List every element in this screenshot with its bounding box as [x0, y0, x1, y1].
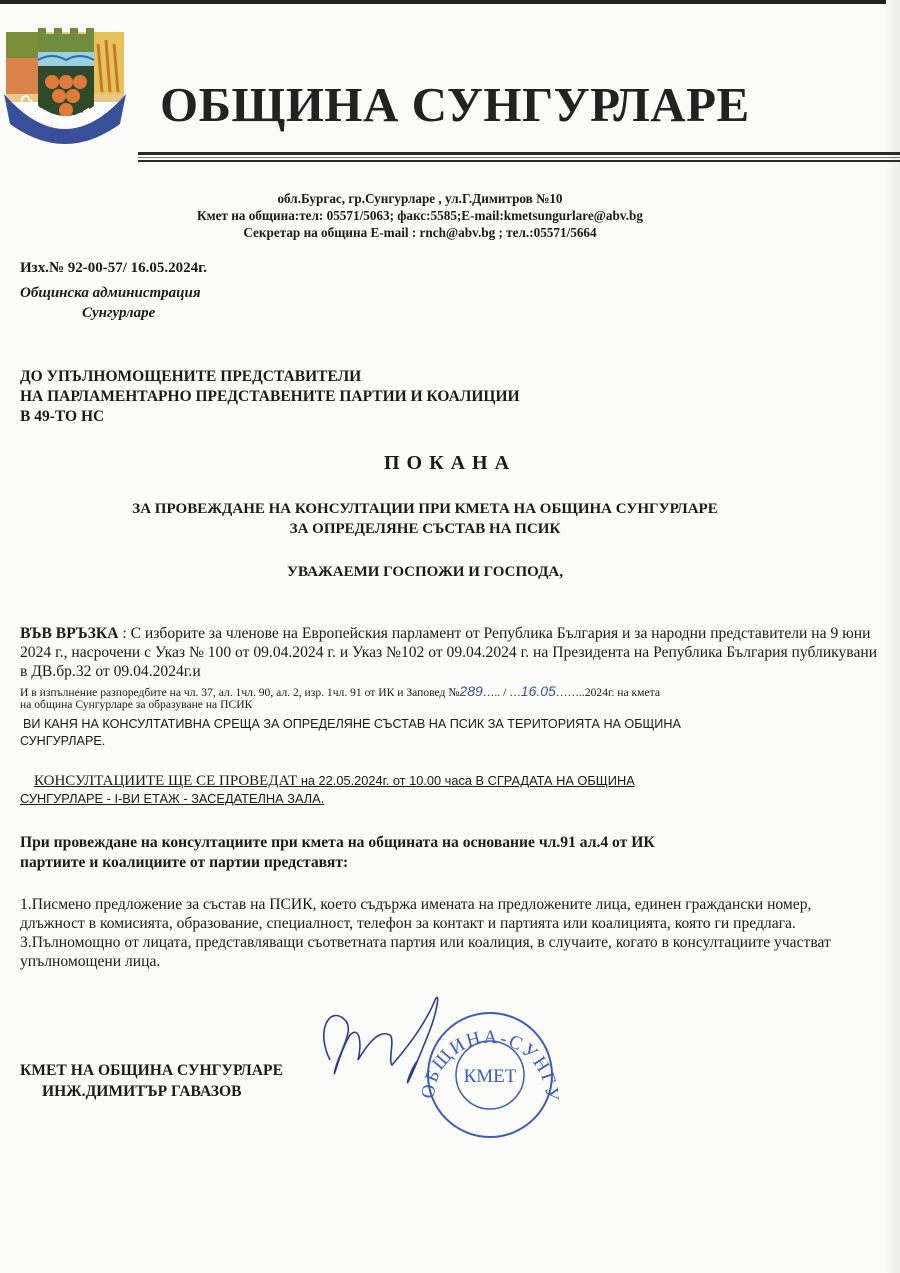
addressee-line: В 49-ТО НС — [20, 407, 520, 427]
document-subject: ЗА ПРОВЕЖДАНЕ НА КОНСУЛТАЦИИ ПРИ КМЕТА Н… — [0, 499, 850, 539]
stamp-ring-text: ОБЩИНА-СУНГУРЛАРЕ — [412, 1003, 562, 1103]
coat-of-arms-logo: СУНГУРЛАРЕ — [2, 14, 128, 146]
invitation-line: ВИ КАНЯ НА КОНСУЛТАТИВНА СРЕЩА ЗА ОПРЕДЕ… — [20, 716, 840, 733]
mayor-contact-line: Кмет на община:тел: 05571/5063; факс:558… — [140, 207, 700, 224]
body-paragraph: ВЪВ ВРЪЗКА : С изборите за членове на Ев… — [20, 624, 880, 681]
signatory-name: ИНЖ.ДИМИТЪР ГАВАЗОВ — [20, 1081, 283, 1102]
legal-basis-line-2: на община Сунгурларе за образуване на ПС… — [20, 698, 252, 712]
header-rule — [138, 152, 900, 155]
lead-phrase: ВЪВ ВРЪЗКА — [20, 625, 118, 642]
signatory-block: КМЕТ НА ОБЩИНА СУНГУРЛАРЕ ИНЖ.ДИМИТЪР ГА… — [20, 1060, 283, 1102]
scan-edge — [0, 0, 900, 4]
official-stamp: ОБЩИНА-СУНГУРЛАРЕ КМЕТ — [412, 1003, 568, 1139]
subject-line: ЗА ПРОВЕЖДАНЕ НА КОНСУЛТАЦИИ ПРИ КМЕТА Н… — [0, 499, 850, 519]
consultation-details: КОНСУЛТАЦИИТЕ ЩЕ СЕ ПРОВЕДАТ на 22.05.20… — [20, 772, 860, 807]
signatory-position: КМЕТ НА ОБЩИНА СУНГУРЛАРЕ — [20, 1062, 283, 1079]
sender-town: Сунгурларе — [20, 303, 201, 323]
header-rule — [138, 157, 900, 158]
grounds-line: партиите и коалициите от партии представ… — [20, 853, 860, 873]
consultation-location: СУНГУРЛАРЕ - I-ВИ ЕТАЖ - ЗАСЕДАТЕЛНА ЗАЛ… — [20, 790, 860, 807]
sender-block: Общинска администрация Сунгурларе — [20, 283, 201, 323]
handwritten-order-number: 289 — [459, 683, 482, 699]
document-title: ПОКАНА — [0, 452, 900, 475]
requirements-list: 1.Писмено предложение за състав на ПСИК,… — [20, 895, 880, 971]
secretary-contact-line: Секретар на община E-mail : rnch@abv.bg … — [140, 224, 700, 241]
list-item: 3.Пълномощно от лицата, представляващи с… — [20, 933, 880, 971]
subject-line: ЗА ОПРЕДЕЛЯНЕ СЪСТАВ НА ПСИК — [0, 519, 850, 539]
addressee-line: НА ПАРЛАМЕНТАРНО ПРЕДСТАВЕНИТЕ ПАРТИИ И … — [20, 387, 520, 407]
body-text: : С изборите за членове на Европейския п… — [20, 625, 877, 680]
addressee-block: ДО УПЪЛНОМОЩЕНИТЕ ПРЕДСТАВИТЕЛИ НА ПАРЛА… — [20, 367, 520, 427]
outgoing-reference: Изх.№ 92-00-57/ 16.05.2024г. — [20, 260, 207, 277]
addressee-line: ДО УПЪЛНОМОЩЕНИТЕ ПРЕДСТАВИТЕЛИ — [20, 367, 520, 387]
handwritten-order-date: 16.05 — [521, 683, 556, 699]
address-line: обл.Бургас, гр.Сунгурларе , ул.Г.Димитро… — [140, 190, 700, 207]
scan-shadow — [886, 0, 900, 1273]
stamp-center-text: КМЕТ — [464, 1066, 517, 1087]
invitation-statement: ВИ КАНЯ НА КОНСУЛТАТИВНА СРЕЩА ЗА ОПРЕДЕ… — [20, 716, 840, 750]
grounds-paragraph: При провеждане на консултациите при кмет… — [20, 833, 860, 873]
invitation-line: СУНГУРЛАРЕ. — [20, 733, 840, 750]
legal-basis-tail: 2024г. на кмета — [585, 686, 660, 699]
list-item: 1.Писмено предложение за състав на ПСИК,… — [20, 895, 880, 933]
municipality-title: ОБЩИНА СУНГУРЛАРЕ — [160, 76, 750, 133]
grounds-line: При провеждане на консултациите при кмет… — [20, 833, 860, 853]
consultation-lead: КОНСУЛТАЦИИТЕ ЩЕ СЕ ПРОВЕДАТ — [20, 773, 297, 789]
contact-block: обл.Бургас, гр.Сунгурларе , ул.Г.Димитро… — [140, 190, 700, 241]
header-rule — [138, 160, 900, 162]
consultation-datetime: на 22.05.2024г. от 10.00 часа В СГРАДАТА… — [297, 773, 635, 788]
sender-line: Общинска администрация — [20, 285, 201, 301]
salutation: УВАЖАЕМИ ГОСПОЖИ И ГОСПОДА, — [0, 564, 850, 581]
